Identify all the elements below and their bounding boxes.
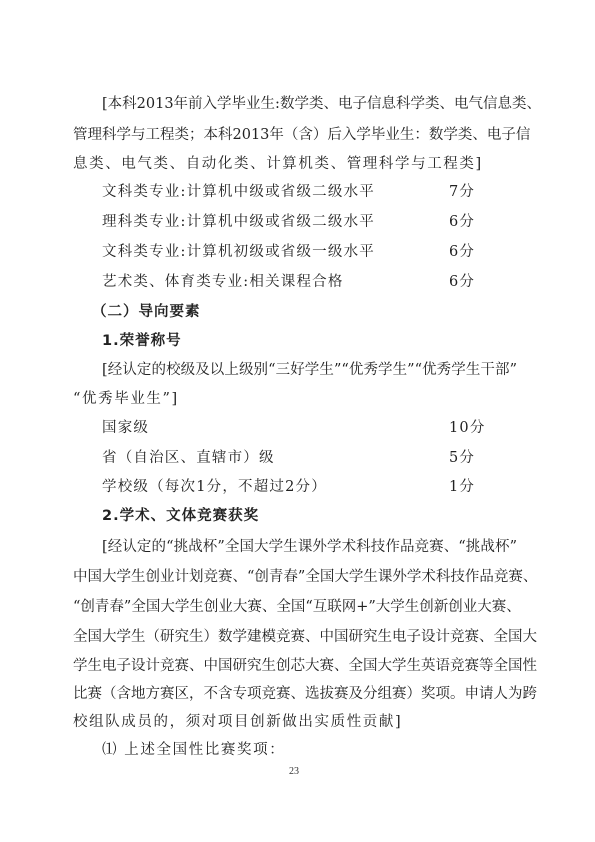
score-value: 10分 xyxy=(449,418,486,438)
competition-note-line-3: “创青春”全国大学生创业大赛、全国“互联网+”大学生创新创业大赛、 xyxy=(73,597,517,617)
honor-score-row: 学校级（每次1分，不超过2分） 1分 xyxy=(102,477,522,497)
honor-note-line-2: “优秀毕业生”] xyxy=(73,389,517,409)
page-number: 23 xyxy=(289,766,299,777)
score-value: 1分 xyxy=(449,477,475,497)
score-row: 文科类专业:计算机初级或省级一级水平 6分 xyxy=(102,242,522,262)
score-value: 5分 xyxy=(449,448,475,468)
competition-note-line-7: 校组队成员的，须对项目创新做出实质性贡献] xyxy=(73,712,517,732)
intro-line-3: 息类、电气类、自动化类、计算机类、管理科学与工程类] xyxy=(73,154,517,174)
honor-heading: 1.荣誉称号 xyxy=(102,331,182,351)
score-label: 文科类专业:计算机中级或省级二级水平 xyxy=(102,184,375,200)
score-label: 理科类专业:计算机中级或省级二级水平 xyxy=(102,214,375,230)
competition-note-line-4: 全国大学生（研究生）数学建模竞赛、中国研究生电子设计竞赛、全国大 xyxy=(73,627,517,647)
intro-line-1: [本科2013年前入学毕业生:数学类、电子信息科学类、电气信息类、 xyxy=(102,94,517,114)
score-label: 省（自治区、直辖市）级 xyxy=(102,450,275,466)
score-label: 艺术类、体育类专业:相关课程合格 xyxy=(102,274,344,290)
competition-note-line-5: 学生电子设计竞赛、中国研究生创芯大赛、全国大学生英语竞赛等全国性 xyxy=(73,656,517,676)
honor-score-row: 省（自治区、直辖市）级 5分 xyxy=(102,448,522,468)
sub-item: ⑴ 上述全国性比赛奖项： xyxy=(102,740,546,760)
honor-score-row: 国家级 10分 xyxy=(102,418,522,438)
score-value: 6分 xyxy=(449,212,475,232)
competition-note-line-2: 中国大学生创业计划竞赛、“创青春”全国大学生课外学术科技作品竞赛、 xyxy=(73,567,517,587)
score-row: 理科类专业:计算机中级或省级二级水平 6分 xyxy=(102,212,522,232)
score-value: 6分 xyxy=(449,242,475,262)
competition-heading: 2.学术、文体竞赛获奖 xyxy=(102,506,259,526)
competition-note-line-6: 比赛（含地方赛区，不含专项竞赛、选拔赛及分组赛）奖项。申请人为跨 xyxy=(73,684,517,704)
score-row: 文科类专业:计算机中级或省级二级水平 7分 xyxy=(102,182,522,202)
honor-note-line-1: [经认定的校级及以上级别“三好学生”“优秀学生”“优秀学生干部” xyxy=(102,360,517,380)
competition-note-line-1: [经认定的“挑战杯”全国大学生课外学术科技作品竞赛、“挑战杯” xyxy=(102,537,517,557)
intro-line-2: 管理科学与工程类；本科2013年（含）后入学毕业生：数学类、电子信 xyxy=(73,125,517,145)
document-page: [本科2013年前入学毕业生:数学类、电子信息科学类、电气信息类、 管理科学与工… xyxy=(0,0,595,842)
score-value: 6分 xyxy=(449,272,475,292)
score-row: 艺术类、体育类专业:相关课程合格 6分 xyxy=(102,272,522,292)
section-heading: （二）导向要素 xyxy=(92,302,201,322)
score-value: 7分 xyxy=(449,182,475,202)
score-label: 文科类专业:计算机初级或省级一级水平 xyxy=(102,244,375,260)
score-label: 国家级 xyxy=(102,420,149,436)
score-label: 学校级（每次1分，不超过2分） xyxy=(102,479,327,495)
